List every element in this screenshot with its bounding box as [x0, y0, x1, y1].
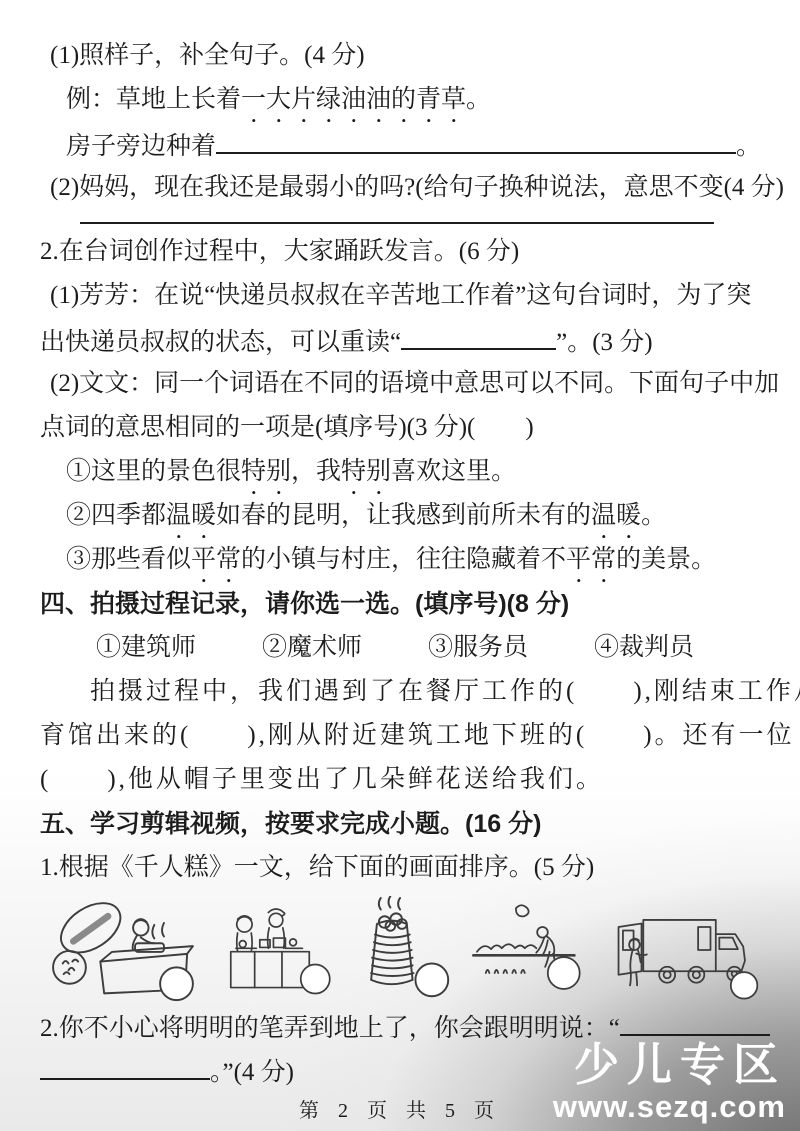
choice-1-mid: ，我 [291, 458, 341, 485]
delivery-truck-drawing [592, 896, 760, 1004]
choice-2-emphasis-1: 温暖 [166, 502, 216, 529]
example-sentence-line: 例：草地上长着一大片绿油油的青草。 [66, 78, 760, 122]
steamed-cakes-drawing [348, 896, 454, 1004]
choice-2-emphasis-2: 温暖 [591, 502, 641, 529]
choice-1-emphasis-2: 特别 [341, 458, 391, 485]
q2-sub2-line2-text: 点词的意思相同的一项是(填序号)(3 分)( ) [40, 414, 534, 441]
choice-3-suffix: 的美景。 [616, 546, 716, 573]
section5-q1-line: 1.根据《千人糕》一文，给下面的画面排序。(5 分) [40, 846, 760, 890]
choice-2-prefix: ②四季都 [66, 502, 166, 529]
q2-sub1-line2: 出快递员叔叔的状态，可以重读“”。(3 分) [40, 318, 760, 362]
section5-q1-text: 1.根据《千人糕》一文，给下面的画面排序。(5 分) [40, 854, 594, 881]
section4-paragraph-line3: ( ),他从帽子里变出了几朵鲜花送给我们。 [40, 758, 760, 802]
fill-sentence-suffix: 。 [736, 133, 761, 160]
q2-sub1-line2-prefix: 出快递员叔叔的状态，可以重读“ [40, 329, 401, 356]
field-planting-drawing [461, 896, 585, 1004]
fill-sentence-line: 房子旁边种着。 [66, 122, 760, 166]
q1-sub1-line: (1)照样子，补全句子。(4 分) [50, 34, 760, 78]
q1-sub1-text: (1)照样子，补全句子。(4 分) [50, 42, 365, 69]
watermark-title: 少儿专区 [553, 1041, 786, 1090]
answer-blank [216, 122, 736, 154]
choice-3-emphasis-2: 平常 [566, 546, 616, 573]
example-emphasis: 一大片绿油油的青草 [241, 86, 466, 113]
choice-3-emphasis-1: 平常 [191, 546, 241, 573]
q2-stem-text: 2.在台词创作过程中，大家踊跃发言。(6 分) [40, 238, 519, 265]
option-3-waiter: ③服务员 [428, 626, 528, 670]
q2-sub1-line1-text: (1)芳芳：在说“快递员叔叔在辛苦地工作着”这句台词时，为了突 [50, 282, 751, 309]
option-4-referee: ④裁判员 [594, 626, 694, 670]
choice-2-line: ②四季都温暖如春的昆明，让我感到前所未有的温暖。 [66, 494, 760, 538]
choice-1-line: ①这里的景色很特别，我特别喜欢这里。 [66, 450, 760, 494]
illustration-field-planting [461, 896, 585, 1004]
watermark-url: www.sezq.com [553, 1090, 786, 1123]
page-number-text: 第 2 页 共 5 页 [299, 1100, 501, 1122]
market-stall-drawing [212, 896, 340, 1004]
picture-ordering-row [40, 892, 760, 1004]
section4-heading-text: 四、拍摄过程记录，请你选一选。(填序号)(8 分) [40, 590, 569, 618]
section4-heading: 四、拍摄过程记录，请你选一选。(填序号)(8 分) [40, 582, 760, 626]
choice-3-prefix: ③那些看似 [66, 546, 191, 573]
answer-blank [620, 1004, 770, 1036]
section5-q2-line2-suffix: 。”(4 分) [210, 1059, 294, 1086]
choice-3-line: ③那些看似平常的小镇与村庄，往往隐藏着不平常的美景。 [66, 538, 760, 582]
section4-paragraph-line1: 拍摄过程中，我们遇到了在餐厅工作的( ),刚结束工作从体 [40, 670, 760, 714]
section4-paragraph-line2-text: 育馆出来的( ),刚从附近建筑工地下班的( )。还有一位 [40, 722, 795, 749]
answer-blank [40, 1048, 210, 1080]
choice-2-mid: 如春的昆明，让我感到前所未有的 [216, 502, 591, 529]
q1-sub2-line: (2)妈妈，现在我还是最弱小的吗?(给句子换种说法，意思不变(4 分) [50, 166, 760, 210]
choice-1-prefix: ①这里的景色很 [66, 458, 241, 485]
section5-q2-line1-text: 2.你不小心将明明的笔弄到地上了，你会跟明明说：“ [40, 1015, 620, 1042]
q2-sub1-line1: (1)芳芳：在说“快递员叔叔在辛苦地工作着”这句台词时，为了突 [50, 274, 760, 318]
choice-2-suffix: 。 [641, 502, 666, 529]
site-watermark: 少儿专区 www.sezq.com [553, 1041, 786, 1123]
q2-sub1-line2-suffix: ”。(3 分) [556, 329, 653, 356]
section4-options-row: ①建筑师 ②魔术师 ③服务员 ④裁判员 [96, 626, 760, 670]
choice-3-mid: 的小镇与村庄，往往隐藏着不 [241, 546, 566, 573]
choice-1-suffix: 喜欢这里。 [391, 458, 516, 485]
section4-paragraph-line1-text: 拍摄过程中，我们遇到了在餐厅工作的( ),刚结束工作从体 [90, 678, 800, 705]
test-paper-page: (1)照样子，补全句子。(4 分) 例：草地上长着一大片绿油油的青草。 房子旁边… [0, 0, 800, 1131]
fill-sentence-prefix: 房子旁边种着 [66, 133, 216, 160]
section5-heading: 五、学习剪辑视频，按要求完成小题。(16 分) [40, 802, 760, 846]
section4-paragraph-line3-text: ( ),他从帽子里变出了几朵鲜花送给我们。 [40, 766, 604, 793]
section5-heading-text: 五、学习剪辑视频，按要求完成小题。(16 分) [40, 810, 541, 838]
illustration-market-stall [212, 896, 340, 1004]
q2-stem-line: 2.在台词创作过程中，大家踊跃发言。(6 分) [40, 230, 760, 274]
q2-sub2-line1-text: (2)文文：同一个词语在不同的语境中意思可以不同。下面句子中加 [50, 370, 779, 397]
page-content: (1)照样子，补全句子。(4 分) 例：草地上长着一大片绿油油的青草。 房子旁边… [0, 0, 800, 1126]
q2-sub2-line2: 点词的意思相同的一项是(填序号)(3 分)( ) [40, 406, 760, 450]
q2-sub2-line1: (2)文文：同一个词语在不同的语境中意思可以不同。下面句子中加 [50, 362, 760, 406]
illustration-delivery-truck [592, 896, 760, 1004]
q1-sub2-text: (2)妈妈，现在我还是最弱小的吗?(给句子换种说法，意思不变(4 分) [50, 174, 784, 201]
option-2-magician: ②魔术师 [262, 626, 362, 670]
cooking-rice-drawing [40, 896, 205, 1004]
example-prefix: 例：草地上长着 [66, 86, 241, 113]
example-suffix: 。 [466, 86, 491, 113]
answer-blank [401, 318, 556, 350]
option-1-architect: ①建筑师 [96, 626, 196, 670]
illustration-cooking-rice [40, 896, 205, 1004]
choice-1-emphasis-1: 特别 [241, 458, 291, 485]
illustration-steamed-cakes [348, 896, 454, 1004]
answer-rule-line [80, 222, 714, 224]
section4-paragraph-line2: 育馆出来的( ),刚从附近建筑工地下班的( )。还有一位 [40, 714, 760, 758]
